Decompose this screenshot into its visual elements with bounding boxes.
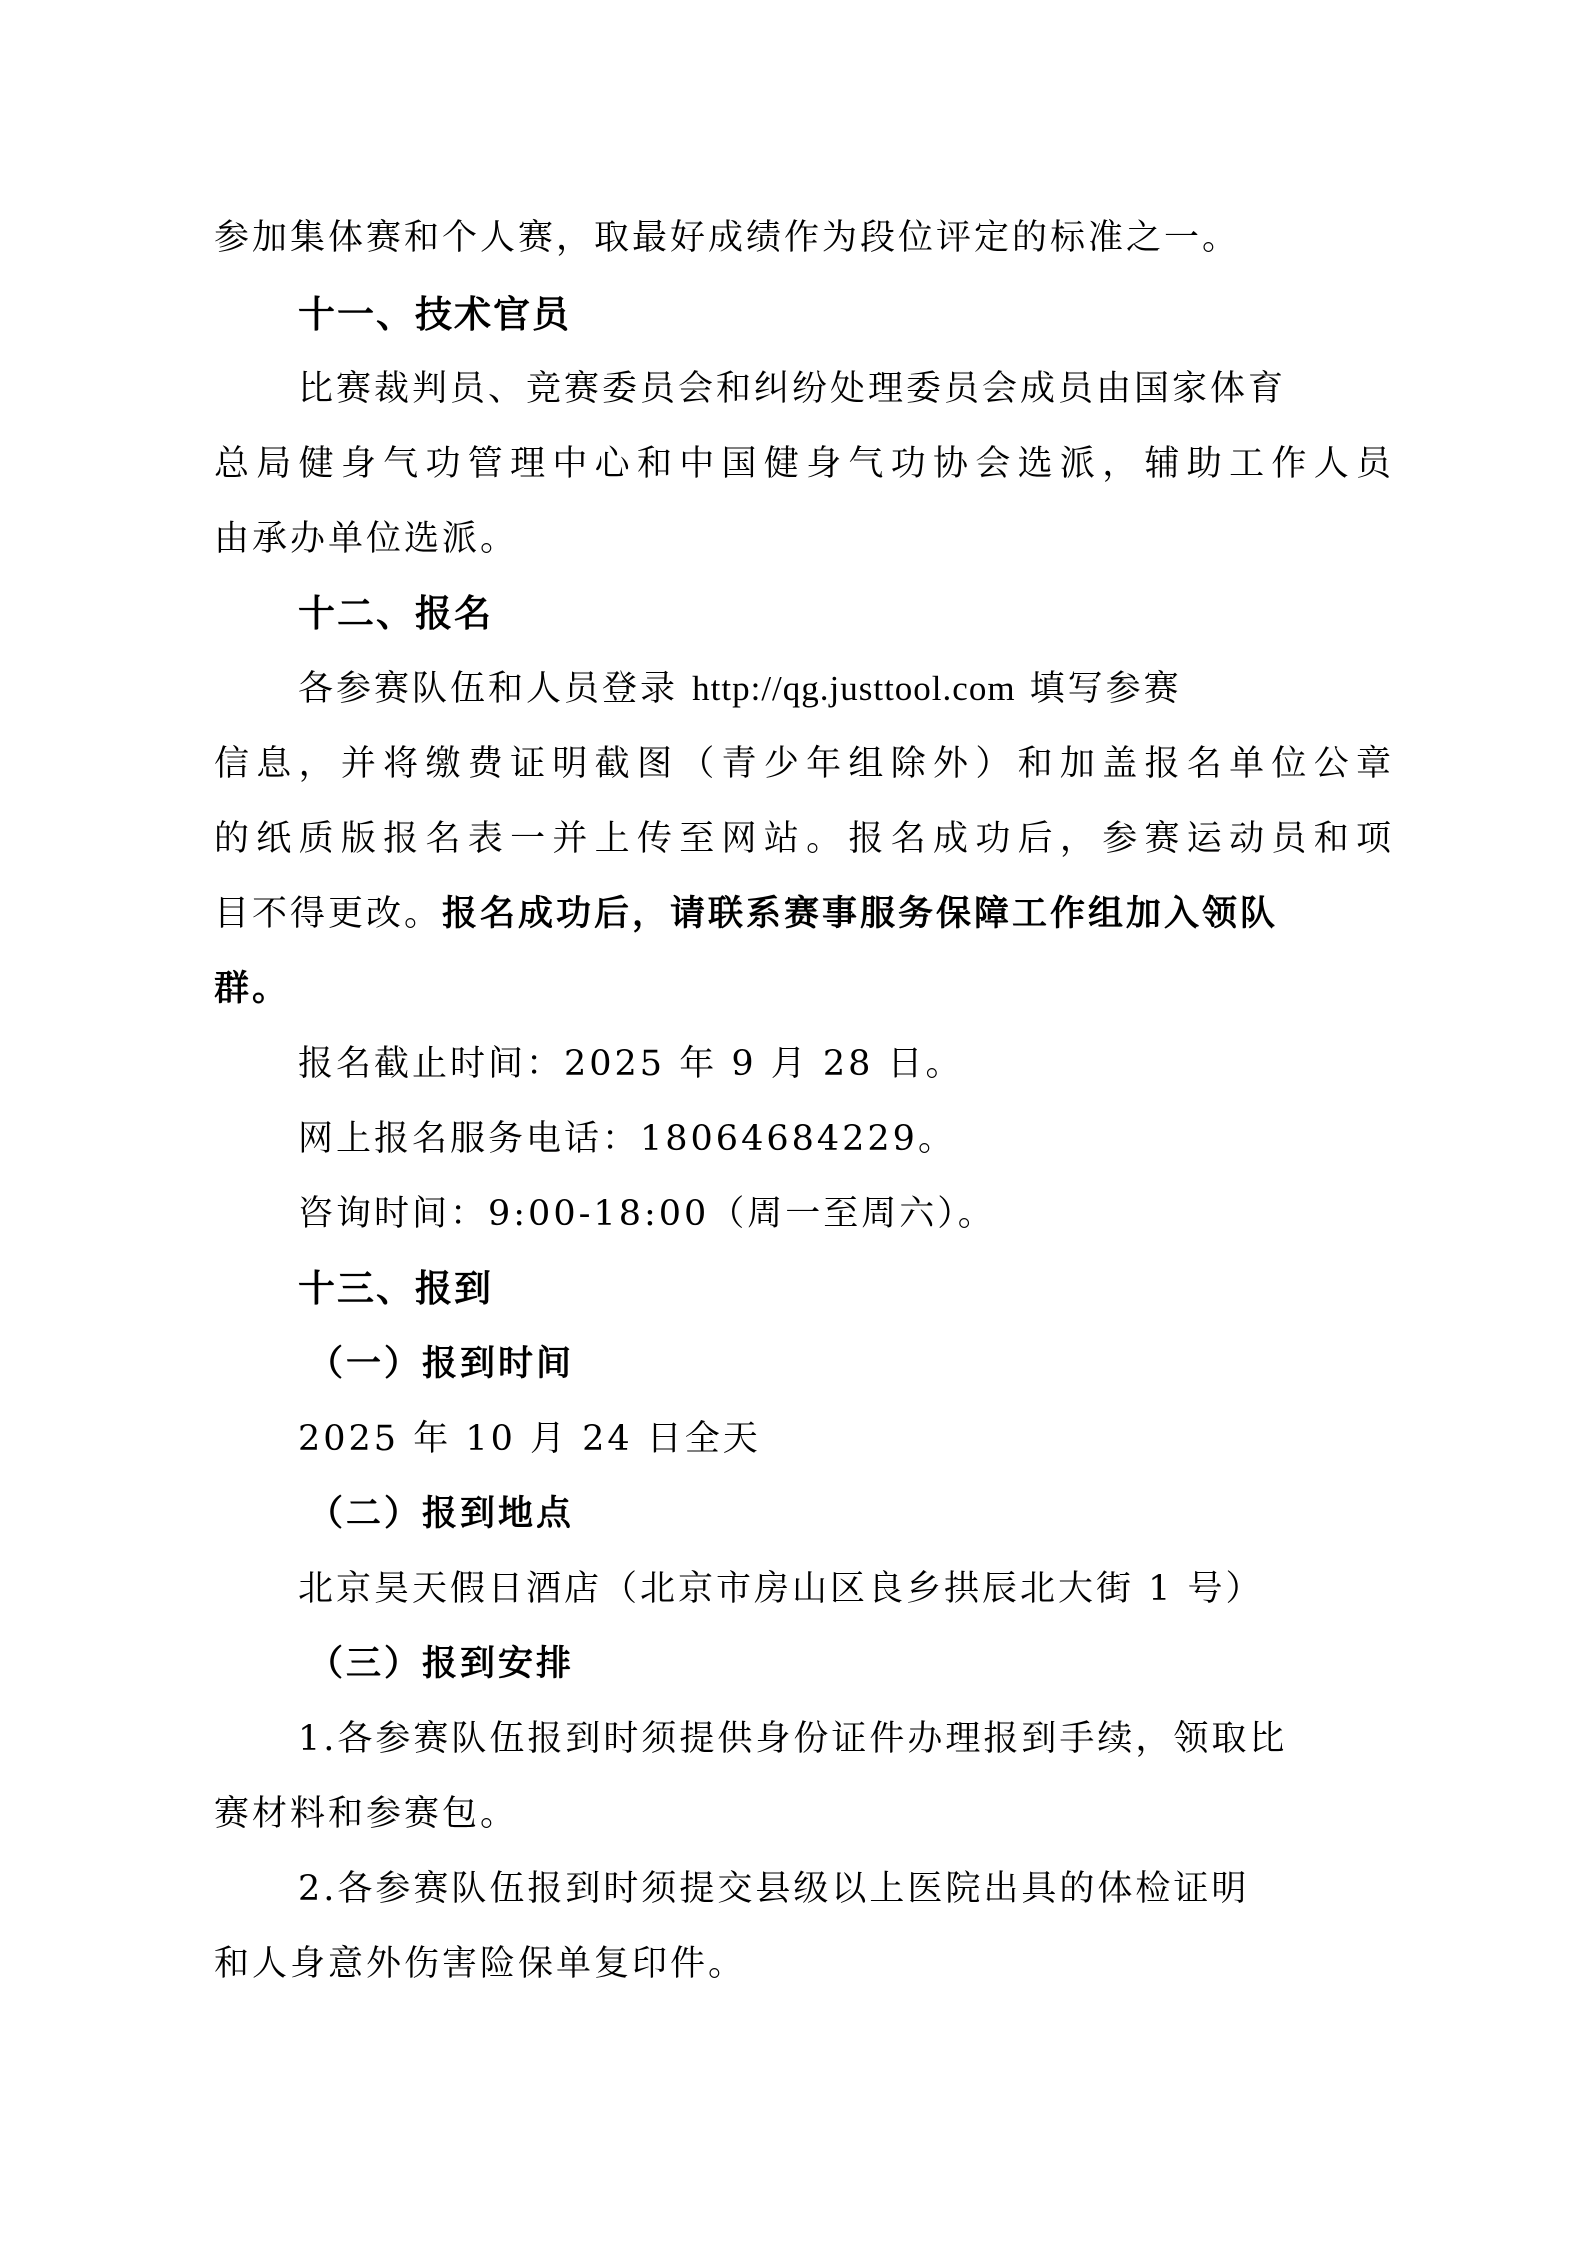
section-heading-check-in: 十三、报到 [298, 1266, 1478, 1312]
text: 各参赛队伍和人员登录 [298, 669, 692, 709]
section-heading-technical-officials: 十一、技术官员 [298, 292, 1478, 338]
section-heading-registration: 十二、报名 [298, 591, 1478, 637]
subsection-title-check-in-arrangement: （三）报到安排 [308, 1641, 1488, 1687]
subsection-title-check-in-time: （一）报到时间 [308, 1341, 1488, 1387]
text: 填写参赛 [1016, 669, 1182, 709]
bold-notice: 报名成功后，请联系赛事服务保障工作组加入领队 [442, 894, 1278, 934]
consultation-hours: 咨询时间：9:00-18:00（周一至周六）。 [298, 1191, 1478, 1237]
paragraph-line: 信息，并将缴费证明截图（青少年组除外）和加盖报名单位公章 [214, 741, 1394, 787]
registration-phone: 网上报名服务电话：18064684229。 [298, 1116, 1478, 1162]
registration-url-link[interactable]: http://qg.justtool.com [692, 669, 1015, 708]
paragraph-line: 总局健身气功管理中心和中国健身气功协会选派，辅助工作人员 [214, 441, 1394, 487]
text: 目不得更改。 [214, 894, 442, 934]
arrangement-item-1: 1.各参赛队伍报到时须提供身份证件办理报到手续，领取比 [298, 1716, 1478, 1762]
registration-deadline: 报名截止时间：2025 年 9 月 28 日。 [298, 1041, 1478, 1087]
paragraph-line: 比赛裁判员、竞赛委员会和纠纷处理委员会成员由国家体育 [298, 366, 1478, 412]
arrangement-item-2-cont: 和人身意外伤害险保单复印件。 [214, 1941, 1394, 1987]
check-in-location: 北京昊天假日酒店（北京市房山区良乡拱辰北大街 1 号） [298, 1566, 1478, 1612]
arrangement-item-1-cont: 赛材料和参赛包。 [214, 1791, 1394, 1837]
intro-line: 参加集体赛和个人赛，取最好成绩作为段位评定的标准之一。 [214, 215, 1394, 261]
check-in-time: 2025 年 10 月 24 日全天 [298, 1416, 1478, 1462]
paragraph-line: 目不得更改。报名成功后，请联系赛事服务保障工作组加入领队 [214, 891, 1394, 937]
arrangement-item-2: 2.各参赛队伍报到时须提交县级以上医院出具的体检证明 [298, 1866, 1478, 1912]
bold-notice: 群。 [214, 966, 1394, 1012]
paragraph-line: 由承办单位选派。 [214, 516, 1394, 562]
document-page: 参加集体赛和个人赛，取最好成绩作为段位评定的标准之一。 十一、技术官员 比赛裁判… [0, 0, 1588, 2245]
paragraph-line: 的纸质版报名表一并上传至网站。报名成功后，参赛运动员和项 [214, 816, 1394, 862]
paragraph-line: 各参赛队伍和人员登录 http://qg.justtool.com 填写参赛 [298, 666, 1478, 712]
subsection-title-check-in-location: （二）报到地点 [308, 1491, 1488, 1537]
